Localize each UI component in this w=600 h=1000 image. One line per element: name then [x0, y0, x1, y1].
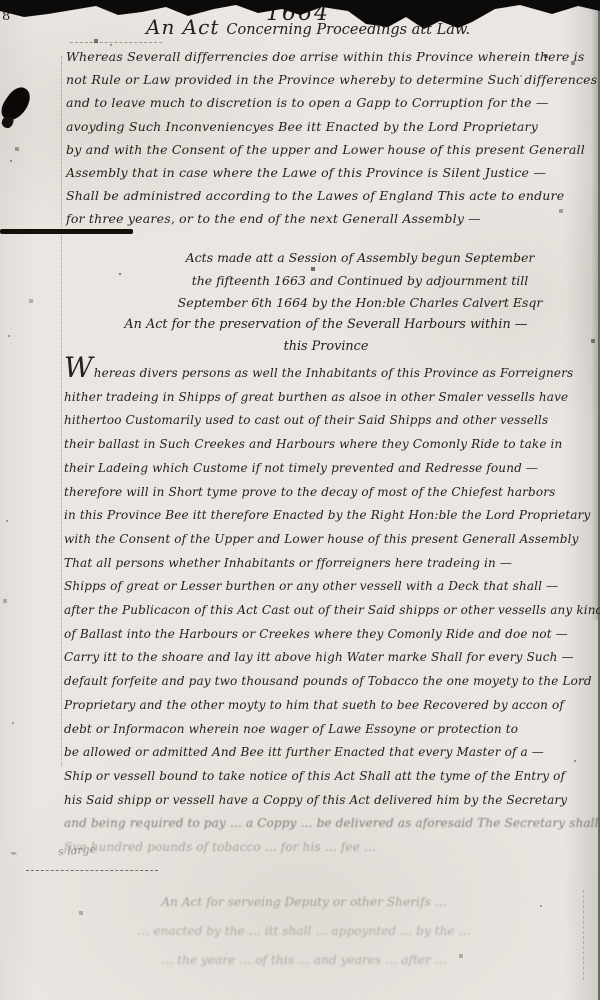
- faint-divider-line: [26, 870, 158, 871]
- manuscript-line: Shipps of great or Lesser burthen or any…: [64, 575, 598, 599]
- manuscript-line: avoyding Such Inconveniencyes Bee itt En…: [66, 115, 596, 138]
- manuscript-line: in this Province Bee itt therefore Enact…: [64, 504, 598, 528]
- manuscript-line: debt or Informacon wherein noe wager of …: [64, 718, 598, 742]
- manuscript-line: default forfeite and pay two thousand po…: [64, 670, 598, 694]
- manuscript-page: 1664 8 An ActConcerning Proceedings att …: [0, 0, 600, 1000]
- manuscript-line: after the Publicacon of this Act Cast ou…: [64, 599, 598, 623]
- manuscript-line: and to leave much to discretion is to op…: [66, 91, 596, 114]
- manuscript-line: Whereas divers persons as well the Inhab…: [64, 356, 598, 386]
- act2-title-line: An Act for the preservation of the Sever…: [64, 314, 588, 336]
- margin-scribble-mark: ⌁: [10, 846, 17, 860]
- manuscript-line-faded: five hundred pounds of tobacco … for his…: [64, 836, 598, 860]
- act2-body: Whereas divers persons as well the Inhab…: [64, 356, 598, 860]
- act1-body: Whereas Severall differrencies doe arris…: [66, 45, 596, 231]
- manuscript-line-faded: … the yeare … of this … and yeares … aft…: [66, 946, 542, 975]
- faint-right-dashes: [583, 890, 584, 980]
- manuscript-line: of Ballast into the Harbours or Creekes …: [64, 623, 598, 647]
- scan-right-shadow: [591, 0, 598, 620]
- manuscript-line: Proprietary and the other moyty to him t…: [64, 694, 598, 718]
- manuscript-line: therefore will in Short tyme prove to th…: [64, 481, 598, 505]
- manuscript-line-faded: … enacted by the … itt shall … appoynted…: [66, 917, 542, 946]
- manuscript-line: his Said shipp or vessell have a Coppy o…: [64, 789, 598, 813]
- manuscript-line: Assembly that in case where the Lawe of …: [66, 161, 596, 184]
- act1-title-big: An Act: [146, 15, 219, 39]
- act1-title-rest: Concerning Proceedings att Law.: [226, 22, 470, 38]
- manuscript-line: be allowed or admitted And Bee itt furth…: [64, 741, 598, 765]
- manuscript-line: hithertoo Customarily used to cast out o…: [64, 409, 598, 433]
- session-line: Acts made att a Session of Assembly begu…: [138, 247, 582, 270]
- manuscript-line: Whereas Severall differrencies doe arris…: [66, 45, 596, 68]
- act2-title: An Act for the preservation of the Sever…: [64, 314, 588, 357]
- manuscript-line: Shall be administred according to the La…: [66, 184, 596, 207]
- session-line: September 6th 1664 by the Hon:ble Charle…: [138, 292, 582, 315]
- session-heading: Acts made att a Session of Assembly begu…: [138, 247, 582, 315]
- manuscript-line: Ship or vessell bound to take notice of …: [64, 765, 598, 789]
- margin-rule-line: [61, 56, 62, 766]
- manuscript-line-faded: An Act for serveing Deputy or other Sher…: [66, 888, 542, 917]
- margin-note-fragment: s large: [58, 843, 97, 859]
- section-divider-bar: [0, 229, 133, 234]
- manuscript-line: their Ladeing which Custome if not timel…: [64, 457, 598, 481]
- manuscript-line: with the Consent of the Upper and Lower …: [64, 528, 598, 552]
- manuscript-line: by and with the Consent of the upper and…: [66, 138, 596, 161]
- manuscript-line: their ballast in Such Creekes and Harbou…: [64, 433, 598, 457]
- manuscript-line: That all persons whether Inhabitants or …: [64, 552, 598, 576]
- session-line: the fifteenth 1663 and Continued by adjo…: [138, 270, 582, 293]
- manuscript-line: not Rule or Law provided in the Province…: [66, 68, 596, 91]
- manuscript-line: hither tradeing in Shipps of great burth…: [64, 386, 598, 410]
- footer-faded-text: An Act for serveing Deputy or other Sher…: [66, 888, 542, 975]
- manuscript-line: Carry itt to the shoare and lay itt abov…: [64, 646, 598, 670]
- manuscript-line-faded: and being required to pay … a Coppy … be…: [64, 812, 598, 836]
- manuscript-line: for three yeares, or to the end of the n…: [66, 207, 596, 230]
- act2-title-line: this Province: [64, 336, 588, 358]
- title-underline-mark: [70, 42, 162, 43]
